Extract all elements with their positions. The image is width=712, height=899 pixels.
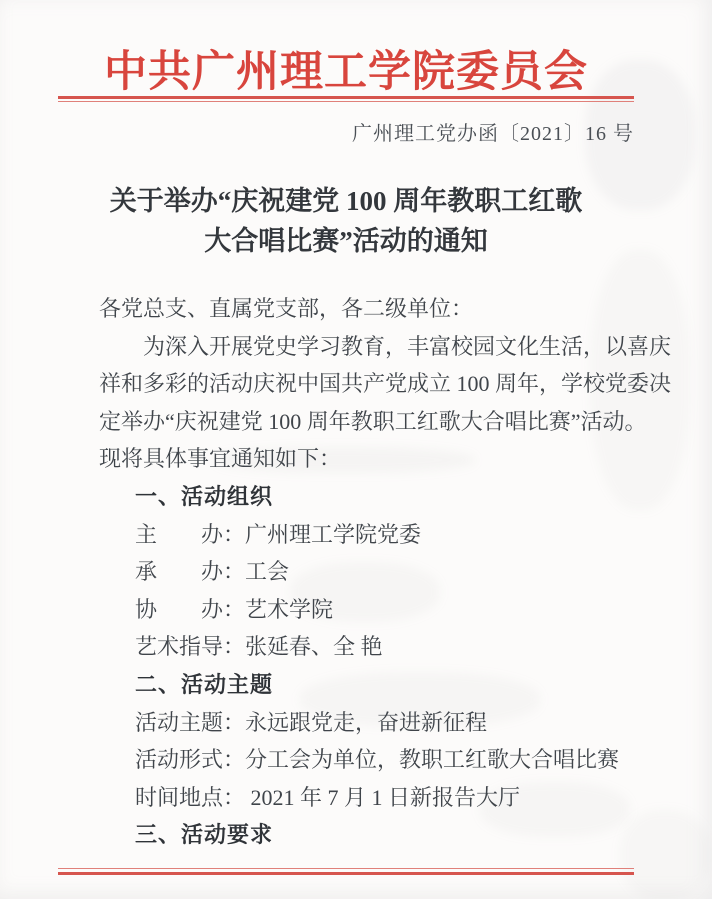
footer-rule <box>58 868 634 875</box>
intro-line-3: 定举办“庆祝建党 100 周年教职工红歌大合唱比赛”活动。 <box>99 403 644 441</box>
footer-rule-thin <box>58 868 634 869</box>
intro-line-4: 现将具体事宜通知如下： <box>99 440 644 478</box>
doc-number: 广州理工党办函〔2021〕16 号 <box>58 117 634 146</box>
letterhead-rule-thin <box>58 101 634 102</box>
art-director-line: 艺术指导：张延春、全 艳 <box>135 628 644 666</box>
intro-line-2: 祥和多彩的活动庆祝中国共产党成立 100 周年，学校党委决 <box>99 365 644 403</box>
intro-line-1: 为深入开展党史学习教育，丰富校园文化生活，以喜庆 <box>99 328 644 366</box>
format-line: 活动形式：分工会为单位，教职工红歌大合唱比赛 <box>135 741 644 779</box>
letterhead-issuer: 中共广州理工学院委员会 <box>58 38 634 99</box>
organizer-line: 主 办：广州理工学院党委 <box>135 516 644 554</box>
time-venue-line: 时间地点： 2021 年 7 月 1 日新报告大厅 <box>135 779 644 817</box>
section-heading-requirements: 三、活动要求 <box>135 816 644 854</box>
footer-rule-thick <box>58 872 634 875</box>
salutation-line: 各党总支、直属党支部，各二级单位： <box>99 290 644 328</box>
undertaker-line: 承 办：工会 <box>135 553 644 591</box>
notice-title-line2: 大合唱比赛”活动的通知 <box>38 221 654 261</box>
letterhead-rule <box>58 96 634 102</box>
section-heading-theme: 二、活动主题 <box>135 666 644 704</box>
scanned-notice-page: 中共广州理工学院委员会 广州理工党办函〔2021〕16 号 关于举办“庆祝建党 … <box>0 0 712 899</box>
section-heading-organization: 一、活动组织 <box>135 478 644 516</box>
notice-title-line1: 关于举办“庆祝建党 100 周年教职工红歌 <box>38 181 654 221</box>
letterhead-rule-thick <box>58 96 634 99</box>
notice-title: 关于举办“庆祝建党 100 周年教职工红歌 大合唱比赛”活动的通知 <box>38 181 654 261</box>
notice-body: 各党总支、直属党支部，各二级单位： 为深入开展党史学习教育，丰富校园文化生活，以… <box>99 290 644 854</box>
co-organizer-line: 协 办：艺术学院 <box>135 591 644 629</box>
theme-line: 活动主题：永远跟党走，奋进新征程 <box>135 704 644 742</box>
